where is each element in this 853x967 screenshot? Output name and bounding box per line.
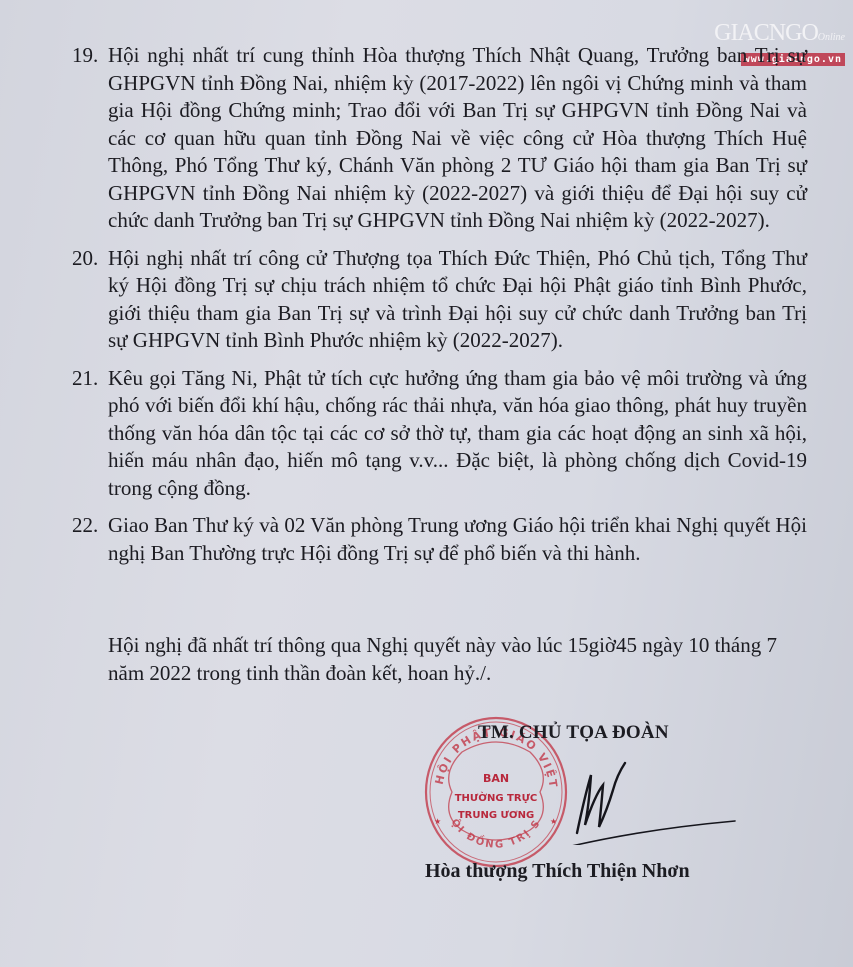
item-number: 19.: [72, 42, 98, 70]
svg-text:★: ★: [434, 817, 441, 826]
document-page: GIACNGOOnline www.giacngo.vn 19. Hội ngh…: [0, 0, 853, 967]
resolution-item: 19. Hội nghị nhất trí cung thỉnh Hòa thư…: [72, 42, 807, 235]
item-number: 21.: [72, 365, 98, 393]
svg-text:THƯỜNG TRỰC: THƯỜNG TRỰC: [455, 791, 538, 804]
item-text: Giao Ban Thư ký và 02 Văn phòng Trung ươ…: [108, 513, 807, 565]
svg-text:TRUNG ƯƠNG: TRUNG ƯƠNG: [458, 810, 534, 821]
signatory-name: Hòa thượng Thích Thiện Nhơn: [425, 860, 690, 883]
svg-text:BAN: BAN: [483, 772, 509, 785]
signature-title: TM. CHỦ TỌA ĐOÀN: [478, 722, 669, 744]
resolution-items: 19. Hội nghị nhất trí cung thỉnh Hòa thư…: [72, 42, 807, 577]
item-text: Hội nghị nhất trí công cử Thượng tọa Thí…: [108, 246, 807, 353]
item-text: Hội nghị nhất trí cung thỉnh Hòa thượng …: [108, 43, 807, 232]
item-text: Kêu gọi Tăng Ni, Phật tử tích cực hưởng …: [108, 366, 807, 500]
closing-statement: Hội nghị đã nhất trí thông qua Nghị quyế…: [108, 632, 808, 687]
resolution-item: 22. Giao Ban Thư ký và 02 Văn phòng Trun…: [72, 512, 807, 567]
handwritten-signature-icon: [555, 755, 755, 845]
resolution-item: 20. Hội nghị nhất trí công cử Thượng tọa…: [72, 245, 807, 355]
resolution-item: 21. Kêu gọi Tăng Ni, Phật tử tích cực hư…: [72, 365, 807, 503]
item-number: 22.: [72, 512, 98, 540]
item-number: 20.: [72, 245, 98, 273]
